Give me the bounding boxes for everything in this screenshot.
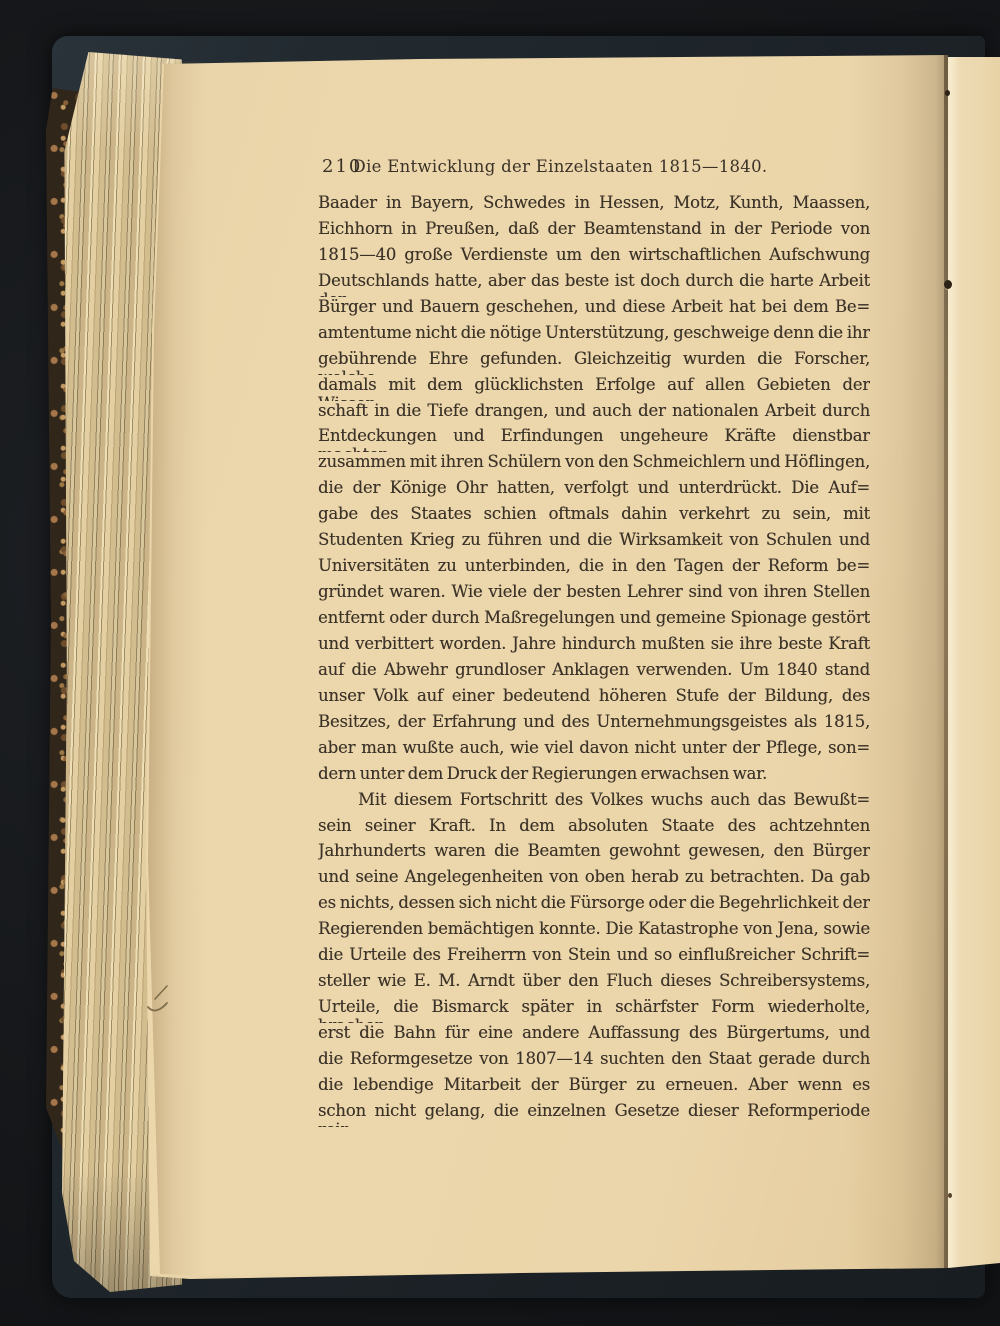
text-line: Regierenden bemächtigen konnte. Die Kata… <box>318 919 870 945</box>
text-line: die lebendige Mitarbeit der Bürger zu er… <box>318 1075 870 1101</box>
text-line: amtentume nicht die nötige Unterstützung… <box>318 323 870 349</box>
text-line: Besitzes, der Erfahrung und des Unterneh… <box>318 712 870 738</box>
running-head: Die Entwicklung der Einzelstaaten 1815—1… <box>330 157 790 176</box>
text-line: 1815—40 große Verdienste um den wirtscha… <box>318 245 870 271</box>
text-line: Deutschlands hatte, aber das beste ist d… <box>318 271 870 297</box>
text-line: entfernt oder durch Maßregelungen und ge… <box>318 608 870 634</box>
text-line: zusammen mit ihren Schülern von den Schm… <box>318 452 870 478</box>
printed-content: 210 Die Entwicklung der Einzelstaaten 18… <box>0 0 1000 1326</box>
text-line: unser Volk auf einer bedeutend höheren S… <box>318 686 870 712</box>
text-line: Universitäten zu unterbinden, die in den… <box>318 556 870 582</box>
text-line: gebührende Ehre gefunden. Gleichzeitig w… <box>318 349 870 375</box>
text-line: damals mit dem glücklichsten Erfolge auf… <box>318 375 870 401</box>
text-line: gründet waren. Wie viele der besten Lehr… <box>318 582 870 608</box>
text-line: Bürger und Bauern geschehen, und diese A… <box>318 297 870 323</box>
text-line: gabe des Staates schien oftmals dahin ve… <box>318 504 870 530</box>
text-line: steller wie E. M. Arndt über den Fluch d… <box>318 971 870 997</box>
text-line: Eichhorn in Preußen, daß der Beamtenstan… <box>318 219 870 245</box>
book-photograph: 210 Die Entwicklung der Einzelstaaten 18… <box>0 0 1000 1326</box>
text-line: auf die Abwehr grundloser Anklagen verwe… <box>318 660 870 686</box>
text-line: aber man wußte auch, wie viel davon nich… <box>318 738 870 764</box>
text-line: es nichts, dessen sich nicht die Fürsorg… <box>318 893 870 919</box>
text-line: und seine Angelegenheiten von oben herab… <box>318 867 870 893</box>
text-block: Baader in Bayern, Schwedes in Hessen, Mo… <box>318 193 870 1127</box>
text-line: sein seiner Kraft. In dem absoluten Staa… <box>318 816 870 842</box>
text-line: Mit diesem Fortschritt des Volkes wuchs … <box>318 790 870 816</box>
text-line: schaft in die Tiefe drangen, und auch de… <box>318 401 870 427</box>
text-line: Baader in Bayern, Schwedes in Hessen, Mo… <box>318 193 870 219</box>
text-line: erst die Bahn für eine andere Auffassung… <box>318 1023 870 1049</box>
text-line: dern unter dem Druck der Regierungen erw… <box>318 764 870 790</box>
text-line: Entdeckungen und Erfindungen ungeheure K… <box>318 426 870 452</box>
text-line: Urteile, die Bismarck später in schärfst… <box>318 997 870 1023</box>
text-line: und verbittert worden. Jahre hindurch mu… <box>318 634 870 660</box>
text-line: Jahrhunderts waren die Beamten gewohnt g… <box>318 841 870 867</box>
text-line: Studenten Krieg zu führen und die Wirksa… <box>318 530 870 556</box>
text-line: die der Könige Ohr hatten, verfolgt und … <box>318 478 870 504</box>
text-line: die Urteile des Freiherrn von Stein und … <box>318 945 870 971</box>
text-line: schon nicht gelang, die einzelnen Gesetz… <box>318 1101 870 1127</box>
text-line: die Reformgesetze von 1807—14 suchten de… <box>318 1049 870 1075</box>
